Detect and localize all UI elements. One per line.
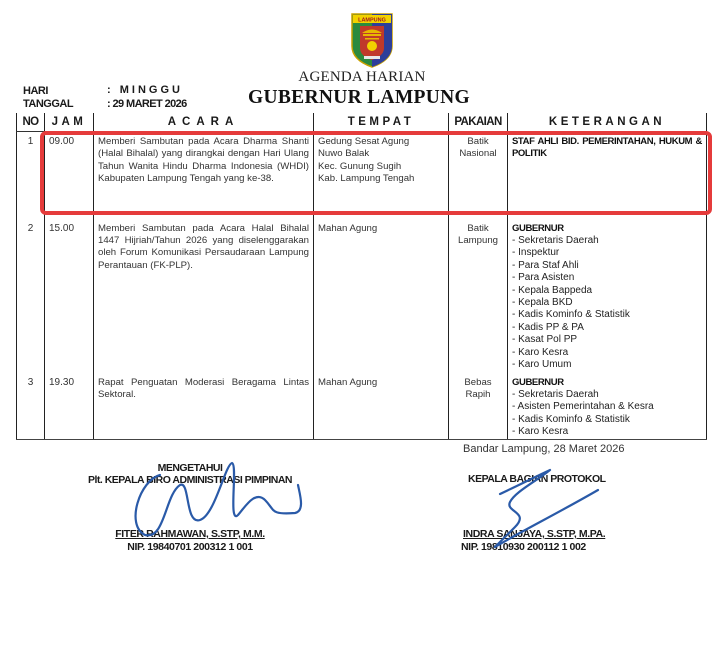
- keterangan-item: - Inspektur: [512, 247, 702, 259]
- keterangan-list: - Sekretaris Daerah- Inspektur- Para Sta…: [512, 235, 702, 371]
- keterangan-item: - Karo Kesra: [512, 347, 702, 359]
- tempat-line: Kec. Gunung Sugih: [318, 161, 444, 173]
- pakaian-line: Batik: [453, 223, 503, 235]
- column-header-keterangan: KETERANGAN: [508, 113, 707, 132]
- place-date: Bandar Lampung, 28 Maret 2026: [463, 443, 624, 455]
- right-signatory-name: INDRA SANJAYA, S.STP, M.PA.: [463, 528, 605, 540]
- keterangan-item: - Kepala Bappeda: [512, 285, 702, 297]
- keterangan-item: - Sekretaris Daerah: [512, 389, 702, 401]
- cell-pakaian: Batik Nasional: [449, 132, 508, 219]
- keterangan-item: - Kadis PP & PA: [512, 322, 702, 334]
- cell-pakaian: Bebas Rapih: [449, 373, 508, 440]
- table-row: 3 19.30 Rapat Penguatan Moderasi Beragam…: [17, 373, 707, 440]
- table-header-row: NO JAM ACARA TEMPAT PAKAIAN KETERANGAN: [17, 113, 707, 132]
- pakaian-line: Nasional: [453, 148, 503, 160]
- column-header-pakaian: PAKAIAN: [449, 113, 508, 132]
- cell-tempat: Mahan Agung: [314, 373, 449, 440]
- keterangan-item: - Kepala BKD: [512, 297, 702, 309]
- column-header-acara: ACARA: [94, 113, 314, 132]
- pakaian-line: Rapih: [453, 389, 503, 401]
- cell-jam: 19.30: [45, 373, 94, 440]
- keterangan-item: - Para Staf Ahli: [512, 260, 702, 272]
- cell-tempat: Mahan Agung: [314, 219, 449, 373]
- keterangan-item: - Kadis Kominfo & Statistik: [512, 414, 702, 426]
- document-subtitle: GUBERNUR LAMPUNG: [248, 87, 470, 109]
- keterangan-item: - Sekretaris Daerah: [512, 235, 702, 247]
- cell-keterangan: STAF AHLI BID. PEMERINTAHAN, HUKUM & POL…: [508, 132, 707, 219]
- tanggal-value: : 29 MARET 2026: [107, 98, 187, 110]
- left-signatory-title: MENGETAHUI: [60, 462, 320, 474]
- cell-jam: 15.00: [45, 219, 94, 373]
- table-row: 2 15.00 Memberi Sambutan pada Acara Hala…: [17, 219, 707, 373]
- keterangan-item: - Karo Umum: [512, 359, 702, 371]
- lampung-emblem-icon: LAMPUNG: [350, 12, 394, 68]
- cell-keterangan: GUBERNUR - Sekretaris Daerah- Inspektur-…: [508, 219, 707, 373]
- keterangan-item: - Para Asisten: [512, 272, 702, 284]
- pakaian-line: Batik: [453, 136, 503, 148]
- tempat-line: Mahan Agung: [318, 377, 444, 389]
- svg-text:LAMPUNG: LAMPUNG: [358, 18, 386, 24]
- keterangan-item: - Karo Kesra: [512, 426, 702, 438]
- keterangan-head: GUBERNUR: [512, 377, 702, 389]
- column-header-no: NO: [17, 113, 45, 132]
- cell-no: 3: [17, 373, 45, 440]
- pakaian-line: Bebas: [453, 377, 503, 389]
- table-row: 1 09.00 Memberi Sambutan pada Acara Dhar…: [17, 132, 707, 219]
- cell-no: 2: [17, 219, 45, 373]
- keterangan-item: - Kasat Pol PP: [512, 334, 702, 346]
- agenda-table: NO JAM ACARA TEMPAT PAKAIAN KETERANGAN 1…: [16, 113, 707, 440]
- hari-label: HARI: [23, 85, 48, 97]
- tempat-line: Mahan Agung: [318, 223, 444, 235]
- keterangan-item: - Kadis Kominfo & Statistik: [512, 309, 702, 321]
- cell-keterangan: GUBERNUR - Sekretaris Daerah- Asisten Pe…: [508, 373, 707, 440]
- keterangan-head: STAF AHLI BID. PEMERINTAHAN, HUKUM & POL…: [512, 136, 702, 161]
- keterangan-item: - Asisten Pemerintahan & Kesra: [512, 401, 702, 413]
- cell-acara: Memberi Sambutan pada Acara Dharma Shant…: [94, 132, 314, 219]
- left-signatory-nip: NIP. 19840701 200312 1 001: [60, 541, 320, 553]
- keterangan-list: - Sekretaris Daerah- Asisten Pemerintaha…: [512, 389, 702, 439]
- column-header-jam: JAM: [45, 113, 94, 132]
- pakaian-line: Lampung: [453, 235, 503, 247]
- cell-acara: Memberi Sambutan pada Acara Halal Bihala…: [94, 219, 314, 373]
- tempat-line: Kab. Lampung Tengah: [318, 173, 444, 185]
- cell-jam: 09.00: [45, 132, 94, 219]
- keterangan-head: GUBERNUR: [512, 223, 702, 235]
- cell-pakaian: Batik Lampung: [449, 219, 508, 373]
- cell-tempat: Gedung Sesat Agung Nuwo Balak Kec. Gunun…: [314, 132, 449, 219]
- cell-no: 1: [17, 132, 45, 219]
- right-signatory-position: KEPALA BAGIAN PROTOKOL: [468, 473, 606, 485]
- column-header-tempat: TEMPAT: [314, 113, 449, 132]
- left-signatory-position: Plt. KEPALA BIRO ADMINISTRASI PIMPINAN: [60, 474, 320, 486]
- tempat-line: Nuwo Balak: [318, 148, 444, 160]
- tempat-line: Gedung Sesat Agung: [318, 136, 444, 148]
- left-signatory-name: FITER RAHMAWAN, S.STP, M.M.: [60, 528, 320, 540]
- right-signatory-nip: NIP. 19810930 200112 1 002: [461, 541, 586, 553]
- cell-acara: Rapat Penguatan Moderasi Beragama Lintas…: [94, 373, 314, 440]
- hari-value: : MINGGU: [107, 84, 183, 96]
- tanggal-label: TANGGAL: [23, 98, 73, 110]
